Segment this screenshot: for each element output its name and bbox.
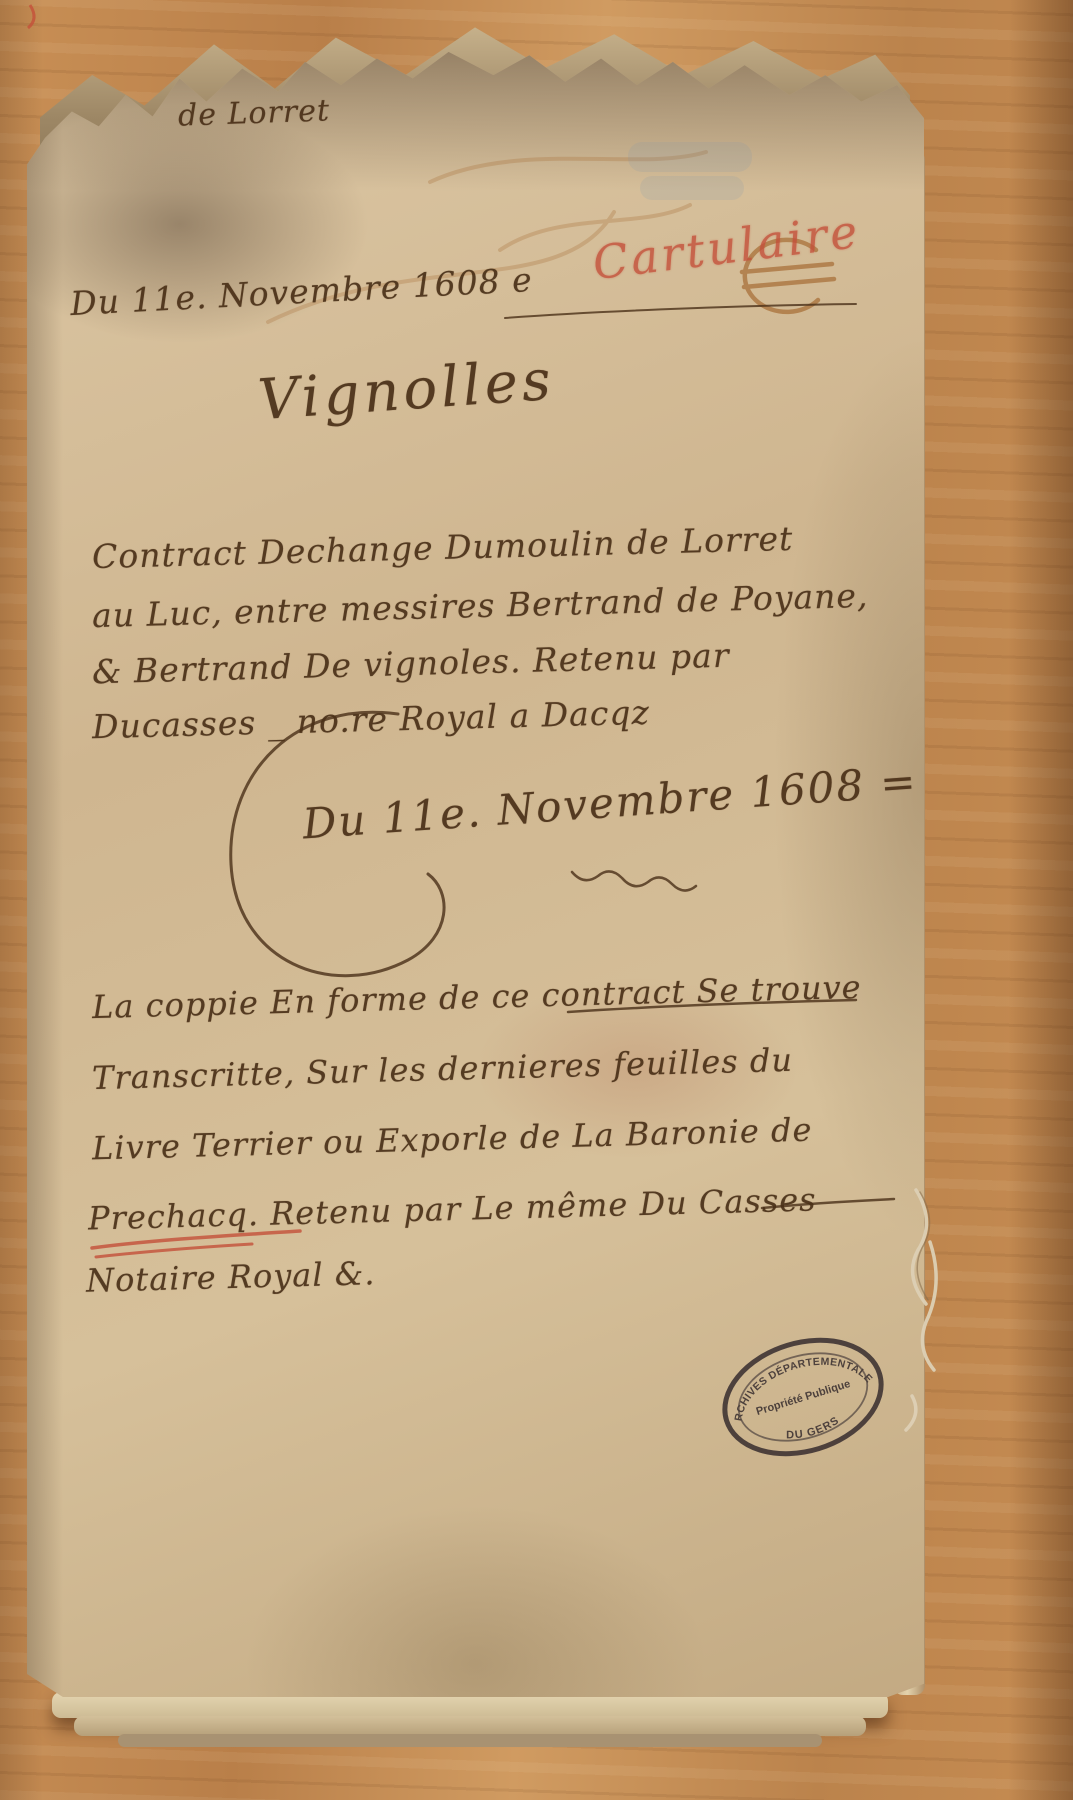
note-line-5: Notaire Royal &.: [86, 1254, 376, 1300]
header-note: de Lorret: [177, 93, 330, 133]
page-stack-edge: [74, 1716, 866, 1736]
page-stack-edge: [118, 1734, 822, 1747]
prechacq-word: Prechacq.: [88, 1195, 260, 1237]
manuscript-photo: de Lorret Cartulaire Du 11e. Novembre 16…: [0, 0, 1073, 1800]
